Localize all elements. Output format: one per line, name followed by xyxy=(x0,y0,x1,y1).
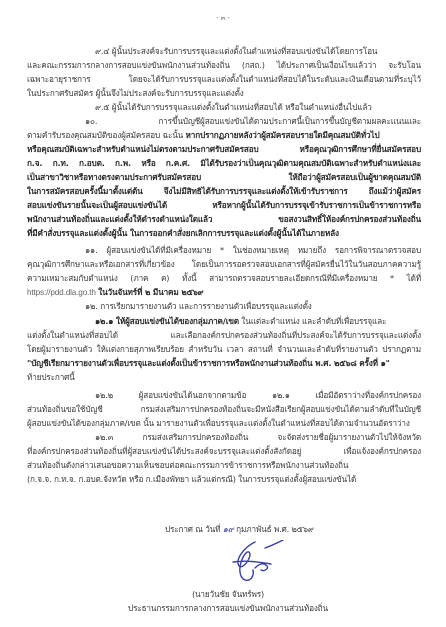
clause-12-3-line-1: ๑๒.๓ กรมส่งเสริมการปกครองท้องถิ่น จะจัดส… xyxy=(95,431,421,444)
signer-title: ประธานกรรมการกลางการสอบแข่งขันพนักงานส่ว… xyxy=(0,602,446,615)
clause-11-line-3: ความเหมาะสมกับตำแหน่ง (ภาค ค) ทั้งนี้ สา… xyxy=(27,272,421,285)
clause-10-line-1: ๑๐. การขึ้นบัญชีผู้สอบแข่งขันได้ตามประกา… xyxy=(85,115,421,128)
clause-10-line-2b: หากปรากฏภายหลังว่าผู้สมัครสอบรายใดมีคุณส… xyxy=(186,130,380,140)
clause-12-3-line-4: (ก.จ.จ. ก.ท.จ. ก.อบต.จังหวัด หรือ ก.เมือ… xyxy=(27,473,421,486)
clause-9-4-line-3: เฉพาะอายุราชการ โดยจะได้รับการบรรจุและแต… xyxy=(27,73,421,86)
clause-10-line-6: ในการสมัครสอบครั้งนี้มาตั้งแต่ต้น จึงไม่… xyxy=(27,185,421,198)
clause-12-1-line-1: ๑๒.๑ ให้ผู้สอบแข่งขันได้ของกลุ่มภาค/เขต … xyxy=(95,315,421,328)
clause-9-4-line-4: ในประกาศรับสมัคร ผู้นั้นจึงไม่ประสงค์จะร… xyxy=(27,87,421,100)
announcement-date: ประกาศ ณ วันที่ ๑๙ กุมภาพันธ์ พ.ศ. ๒๕๖๙ xyxy=(165,523,425,536)
clause-12-1-lead: ๑๒.๑ ให้ผู้สอบแข่งขันได้ของกลุ่มภาค/เขต xyxy=(95,316,239,326)
clause-12-heading: ๑๒. การเรียกมารายงานตัว และการรายงานตัวเ… xyxy=(85,300,421,313)
signer-name: (นายวันชัย จันทร์พร) xyxy=(0,588,446,601)
clause-10-line-8: พนักงานส่วนท้องถิ่นและแต่งตั้งให้ดำรงตำแ… xyxy=(27,213,421,226)
clause-12-1-tail: ท้ายประกาศนี้ xyxy=(27,371,421,384)
document-page: - ๓ - ๙.๔ ผู้นั้นประสงค์จะรับการบรรจุและ… xyxy=(0,0,446,627)
page-number: - ๓ - xyxy=(0,12,446,25)
clause-9-5: ๙.๕ ผู้นั้นได้รับการบรรจุและแต่งตั้งในตำ… xyxy=(95,101,421,114)
clause-10-line-7: สอบแข่งขันรายนั้นจะเป็นผู้สอบแข่งขันได้ … xyxy=(27,199,421,212)
clause-9-4-line-1: ๙.๔ ผู้นั้นประสงค์จะรับการบรรจุและแต่งตั… xyxy=(95,45,421,58)
clause-12-1-lead-rest: ในแต่ละตำแหน่ง และลำดับที่เพื่อบรรจุและ xyxy=(241,316,386,326)
clause-11-line-4: https://pdd.dla.go.th ในวันจันทร์ที่ ๒ ม… xyxy=(27,286,421,299)
clause-12-2-line-2: ส่วนท้องถิ่นขอใช้บัญชี กรมส่งเสริมการปกค… xyxy=(27,403,421,416)
clause-10-line-2: ตามคำรับรองคุณสมบัติของผู้สมัครสอบ ฉะนั้… xyxy=(27,129,421,142)
clause-10-line-3: หรือคุณสมบัติเฉพาะสำหรับตำแหน่งไม่ตรงตาม… xyxy=(27,143,421,156)
clause-12-2-line-1: ๑๒.๒ ผู้สอบแข่งขันได้นอกจากตามข้อ ๑๒.๑ เ… xyxy=(95,389,421,402)
announced-prefix: ประกาศ ณ วันที่ xyxy=(165,524,220,534)
clause-11-line-2: คุณวุฒิการศึกษาและหรือเอกสารที่เกี่ยวข้อ… xyxy=(27,258,421,271)
signature-icon xyxy=(225,540,285,588)
clause-12-1-line-2: แต่งตั้งในตำแหน่งที่สอบได้ และเลือกองค์ก… xyxy=(27,329,421,342)
verification-date: ในวันจันทร์ที่ ๒ มีนาคม ๒๕๖๙ xyxy=(98,287,203,297)
clause-12-3-line-2: ที่องค์กรปกครองส่วนท้องถิ่นที่ผู้สอบแข่ง… xyxy=(27,445,421,458)
verification-url-link[interactable]: https://pdd.dla.go.th xyxy=(27,288,96,297)
clause-10-line-5: เป็นสาขาวิชาหรือทางตรงตามประกาศรับสมัครส… xyxy=(27,171,421,184)
clause-9-4-line-2: และคณะกรรมการกลางการสอบแข่งขันพนักงานส่ว… xyxy=(27,59,421,72)
clause-12-1-bold-line: "บัญชีเรียกมารายงานตัวเพื่อบรรจุและแต่งต… xyxy=(27,357,421,370)
handwritten-day: ๑๙ xyxy=(223,524,234,534)
clause-11-line-1: ๑๑. ผู้สอบแข่งขันได้ที่มีเครื่องหมาย * ใ… xyxy=(85,244,421,257)
month-year: กุมภาพันธ์ พ.ศ. ๒๕๖๙ xyxy=(236,524,314,534)
clause-12-1-line-3: โดยผู้มารายงานตัว ให้แต่งกายสุภาพเรียบร้… xyxy=(27,343,421,356)
clause-10-line-2a: ตามคำรับรองคุณสมบัติของผู้สมัครสอบ ฉะนั้… xyxy=(27,130,183,140)
clause-12-2-line-3: ผู้สอบแข่งขันได้ของกลุ่มภาค/เขต นั้น มาร… xyxy=(27,417,421,430)
clause-10-line-9: ที่มีคำสั่งบรรจุและแต่งตั้งผู้นั้น ในการ… xyxy=(27,227,421,240)
clause-12-3-line-3: ส่วนท้องถิ่นดังกล่าวเสนอขอความเห็นชอบต่อ… xyxy=(27,459,421,472)
clause-10-line-4: ก.จ. ก.ท. ก.อบต. ก.พ. หรือ ก.ค.ศ. มิได้ร… xyxy=(27,157,421,170)
